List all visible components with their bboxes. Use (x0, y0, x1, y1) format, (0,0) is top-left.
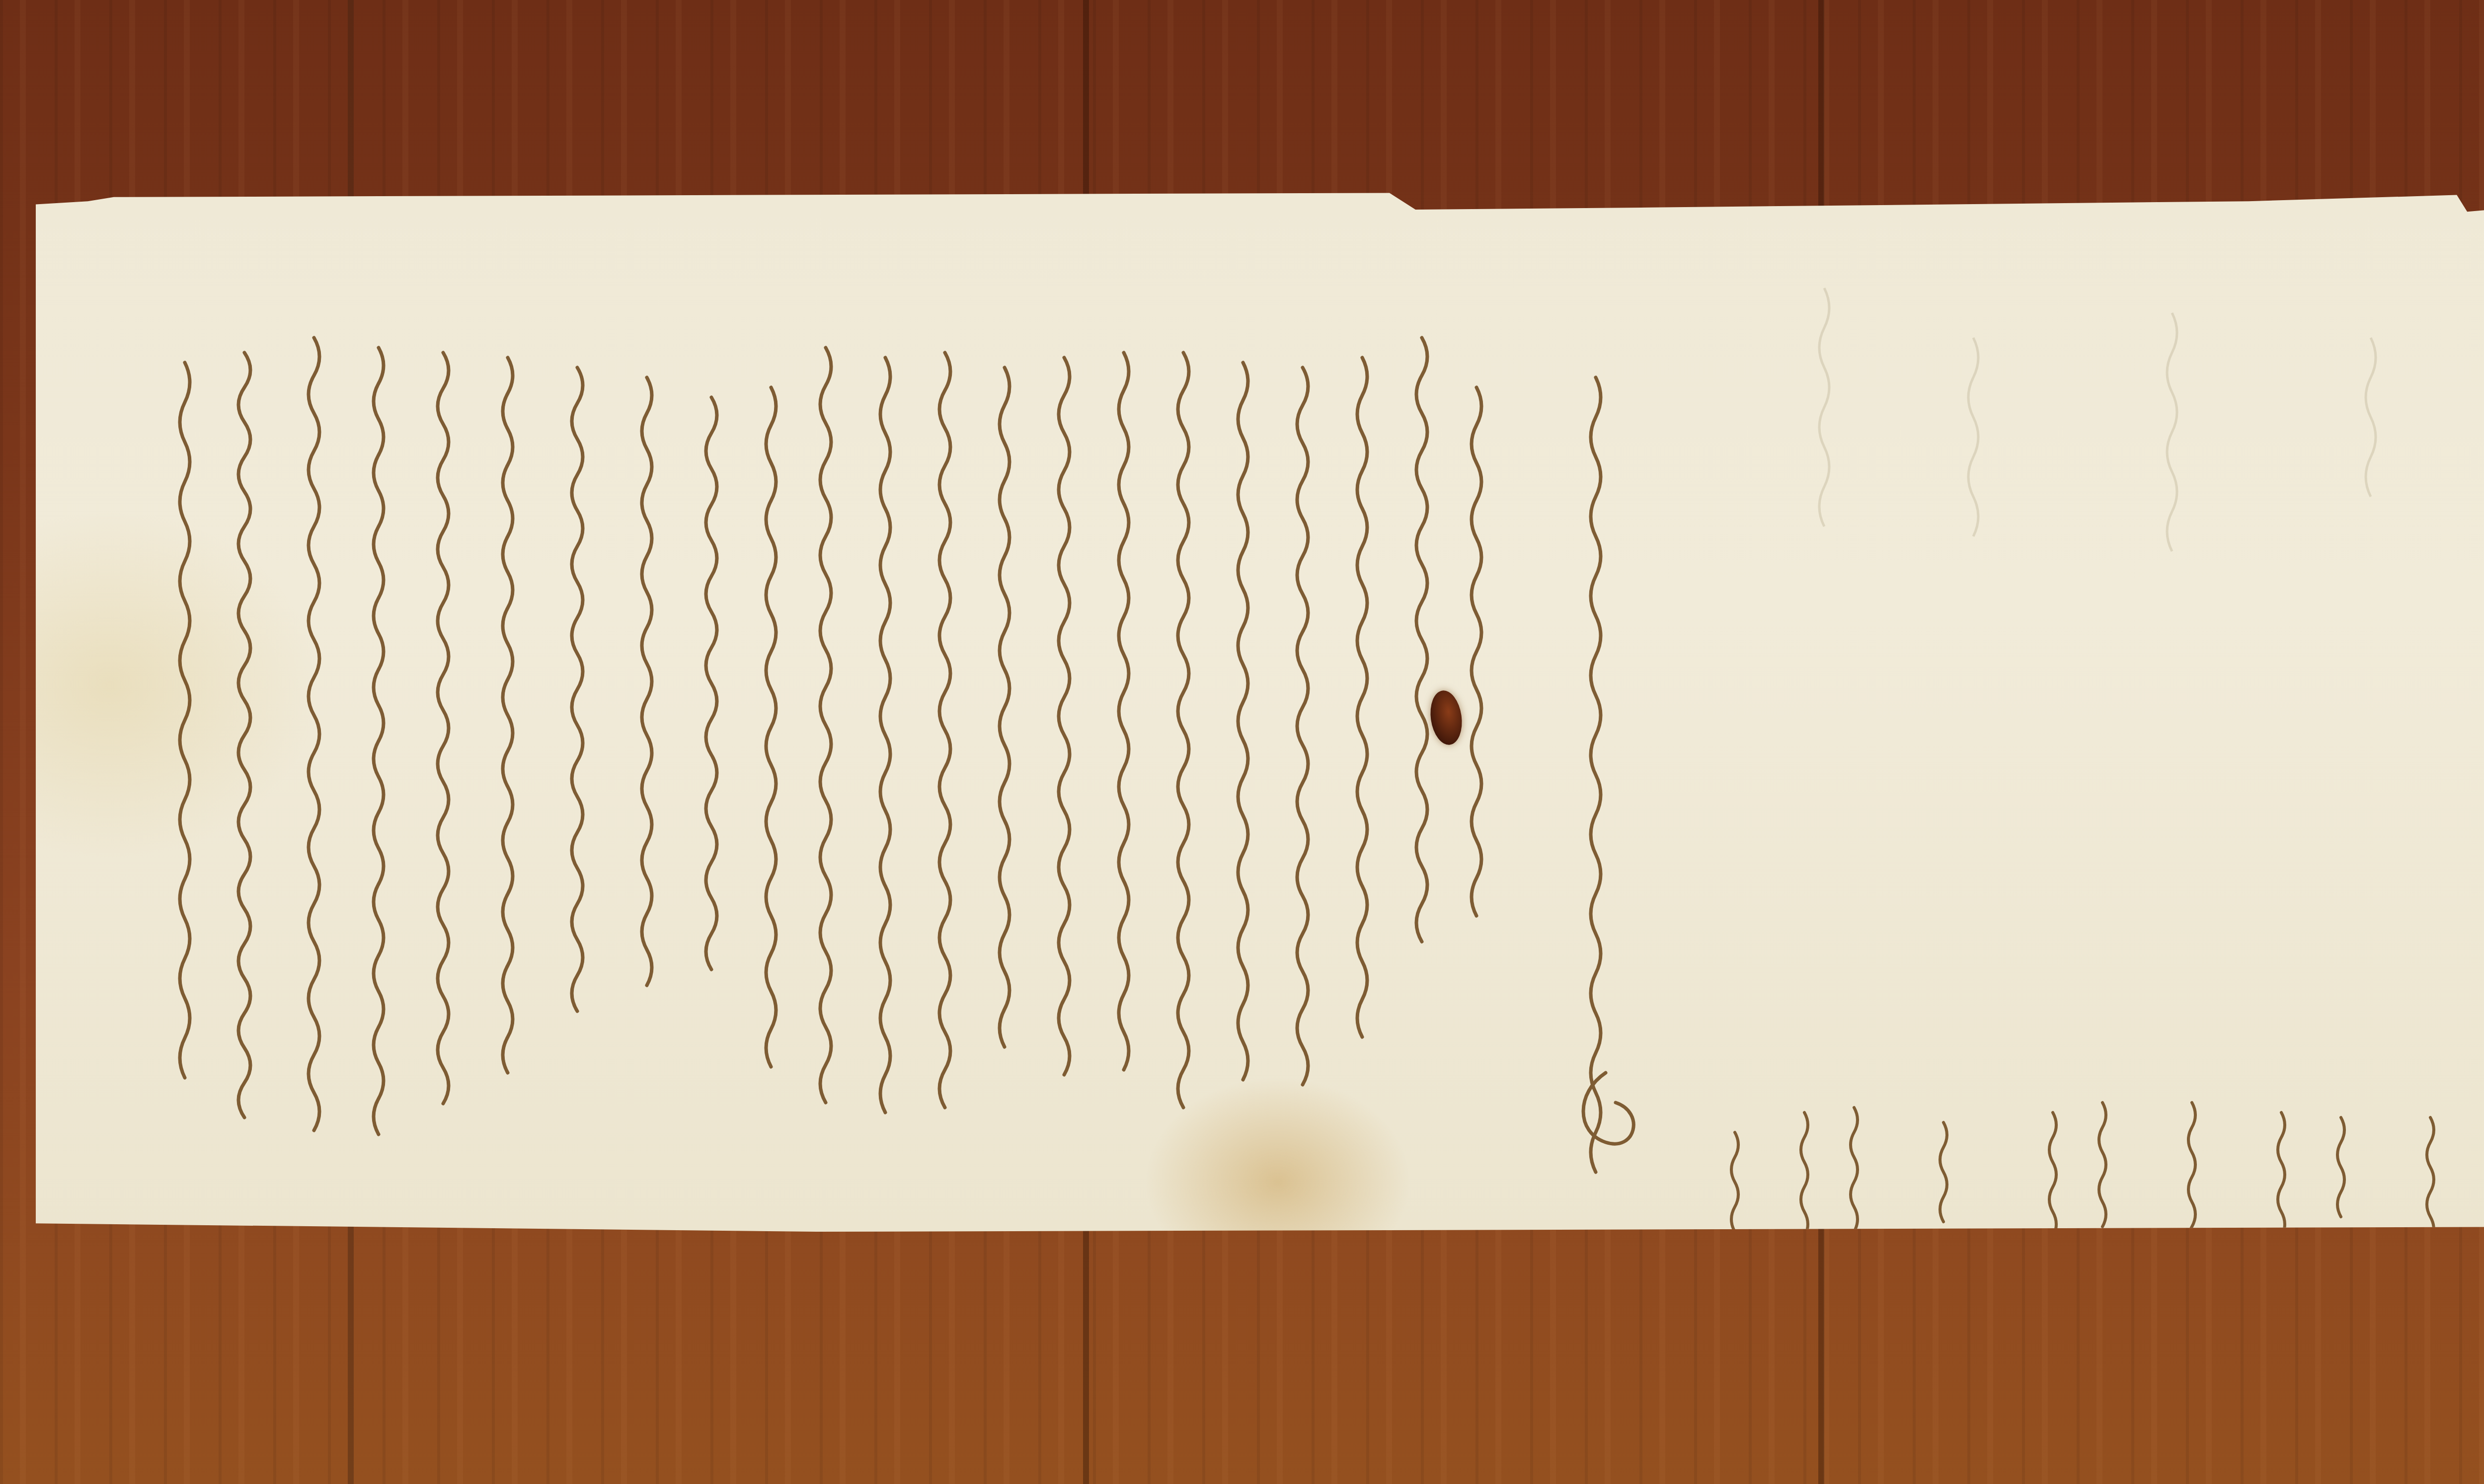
manuscript-page (36, 189, 2484, 1232)
main-text-block (180, 338, 1481, 1134)
wooden-table-background: Photograph of a historical handwritten m… (0, 0, 2484, 1484)
closing-line (1583, 377, 1633, 1172)
handwriting-ink (36, 189, 2484, 1232)
signature-columns (1731, 1058, 2484, 1232)
